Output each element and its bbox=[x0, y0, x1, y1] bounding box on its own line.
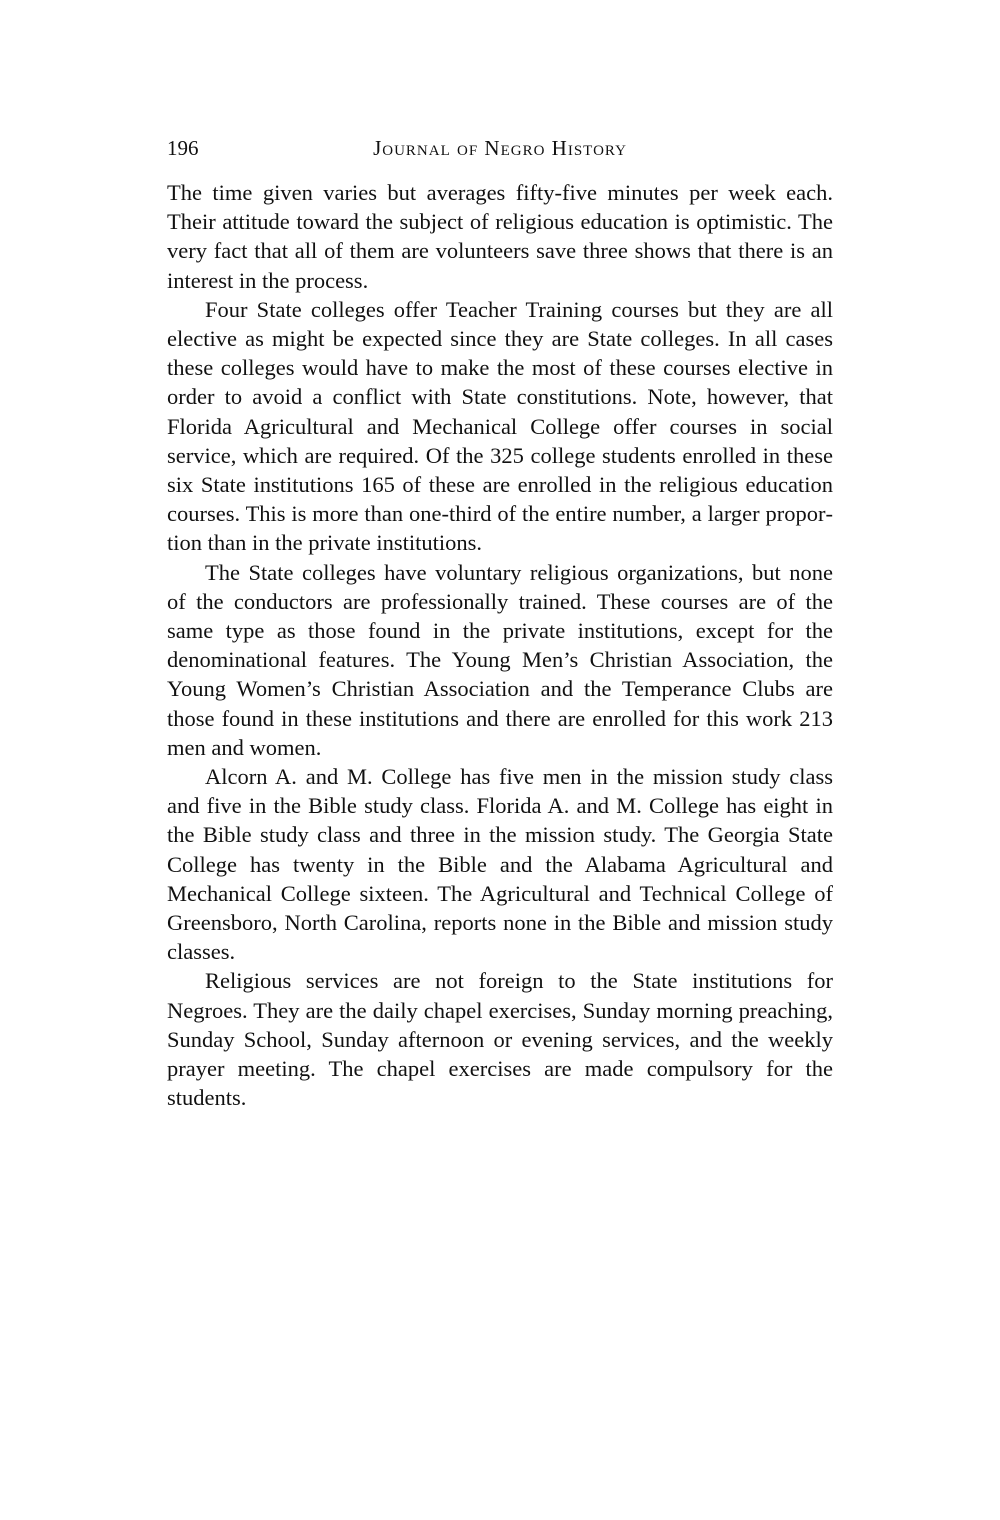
paragraph-religious-organizations: The State colleges have voluntary religi… bbox=[167, 558, 833, 762]
document-page: 196 Journal of Negro History The time gi… bbox=[167, 134, 833, 1113]
journal-title: Journal of Negro History bbox=[167, 136, 833, 161]
running-head: 196 Journal of Negro History bbox=[167, 134, 833, 166]
paragraph-continued: The time given varies but averages fifty… bbox=[167, 178, 833, 295]
paragraph-study-classes: Alcorn A. and M. College has five men in… bbox=[167, 762, 833, 966]
paragraph-religious-services: Religious services are not foreign to th… bbox=[167, 966, 833, 1112]
paragraph-teacher-training: Four State colleges offer Teacher Traini… bbox=[167, 295, 833, 558]
